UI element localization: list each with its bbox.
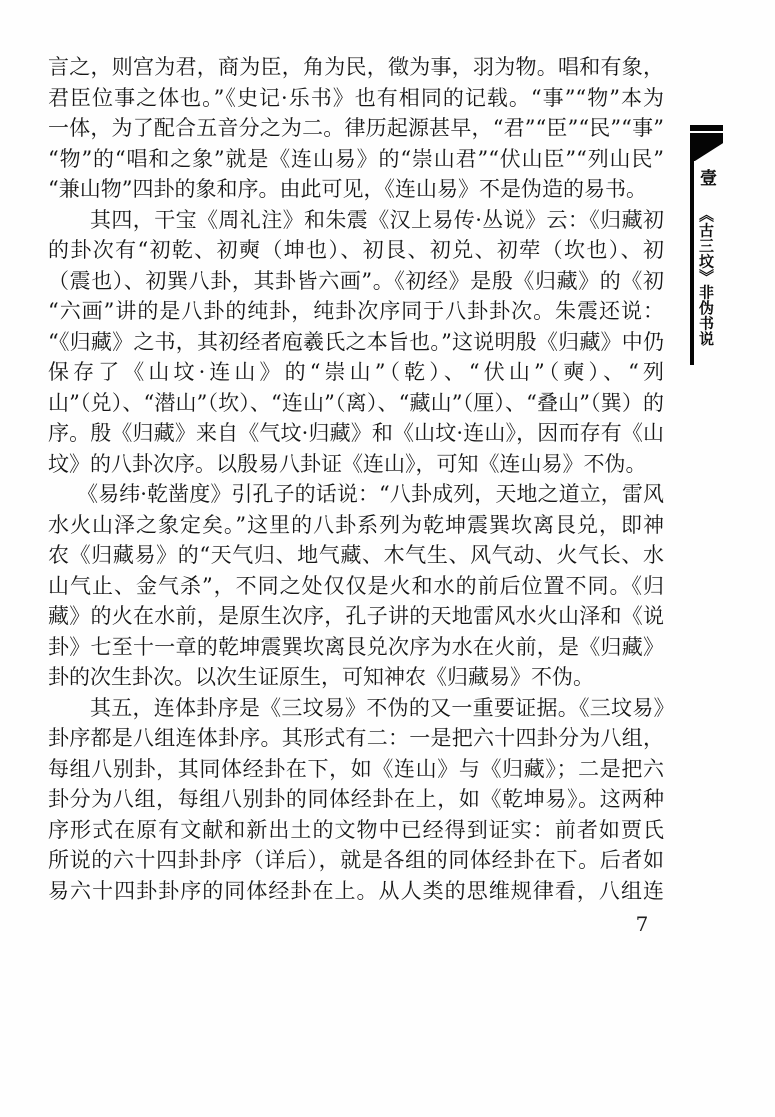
text-line: 序形式在原有文献和新出土的文物中已经得到证实：前者如贾氏 [48,815,664,846]
text-line: 卦的次生卦次。以次生证原生，可知神农《归藏易》不伪。 [48,662,664,693]
text-line: 一体，为了配合五音分之为二。律历起源甚早，“君”“臣”“民”“事” [48,113,664,144]
text-line: 《易纬·乾凿度》引孔子的话说：“八卦成列，天地之道立，雷风 [48,479,664,510]
chapter-number: 壹 [696,169,716,186]
chapter-margin-rule [690,133,694,365]
text-line: 君臣位事之体也。”《史记·乐书》也有相同的记载。“事”“物”本为 [48,83,664,114]
book-page: 言之，则宫为君，商为臣，角为民，徵为事，羽为物。唱和有象，故言 君臣位事之体也。… [0,0,775,1117]
text-line: 其五，连体卦序是《三坟易》不伪的又一重要证据。《三坟易》的 [48,693,664,724]
text-line: “《归藏》之书，其初经者庖羲氏之本旨也。”这说明殷《归藏》中仍然 [48,327,664,358]
text-line: 农《归藏易》的“天气归、地气藏、木气生、风气动、火气长、水气育、 [48,540,664,571]
body-text: 言之，则宫为君，商为臣，角为民，徵为事，羽为物。唱和有象，故言 君臣位事之体也。… [48,52,664,906]
text-line: 的卦次有“初乾、初奭（坤也）、初艮、初兑、初荦（坎也）、初离、初厘 [48,235,664,266]
text-line: 所说的六十四卦卦序（详后），就是各组的同体经卦在下。后者如帛 [48,845,664,876]
text-line: 卦》七至十一章的乾坤震巽坎离艮兑次序为水在火前，是《归藏》八 [48,632,664,663]
chapter-tab-flag-icon [690,133,723,161]
text-line: 坟》的八卦次序。以殷易八卦证《连山》，可知《连山易》不伪。 [48,449,664,480]
text-line: 易六十四卦卦序的同体经卦在上。从人类的思维规律看，八组连 [48,876,664,907]
text-line: “六画”讲的是八卦的纯卦，纯卦次序同于八卦卦次。朱震还说： [48,296,664,327]
text-line: 序。殷《归藏》来自《气坟·归藏》和《山坟·连山》，因而存有《山 [48,418,664,449]
text-line: （震也）、初巽八卦，其卦皆六画”。《初经》是殷《归藏》的《初经》。 [48,266,664,297]
text-line: 保存了《山坟·连山》的“崇山”（乾）、“伏山”（奭）、“列山”（艮）、“兼 [48,357,664,388]
text-line: 言之，则宫为君，商为臣，角为民，徵为事，羽为物。唱和有象，故言 [48,52,664,83]
chapter-tab-bar-icon [690,125,723,131]
page-number: 7 [630,912,654,936]
text-line: “兼山物”四卦的象和序。由此可见，《连山易》不是伪造的易书。 [48,174,664,205]
text-line: 每组八别卦，其同体经卦在下，如《连山》与《归藏》；二是把六十四 [48,754,664,785]
text-line: 山”（兑）、“潜山”（坎）、“连山”（离）、“藏山”（厘）、“叠山”（巽）的卦 [48,388,664,419]
chapter-title: 《古三坟》非伪书说 [697,207,715,347]
text-line: 水火山泽之象定矣。”这里的八卦系列为乾坤震巽坎离艮兑，即神 [48,510,664,541]
text-line: 卦分为八组，每组八别卦的同体经卦在上，如《乾坤易》。这两种卦 [48,784,664,815]
text-line: “物”的“唱和之象”就是《连山易》的“崇山君”“伏山臣”“列山民” [48,144,664,175]
text-line: 卦序都是八组连体卦序。其形式有二：一是把六十四卦分为八组， [48,723,664,754]
text-line: 其四，干宝《周礼注》和朱震《汉上易传·丛说》云：《归藏初经》 [48,205,664,236]
text-line: 藏》的火在水前，是原生次序，孔子讲的天地雷风水火山泽和《说 [48,601,664,632]
text-line: 山气止、金气杀”，不同之处仅仅是火和水的前后位置不同。《归 [48,571,664,602]
